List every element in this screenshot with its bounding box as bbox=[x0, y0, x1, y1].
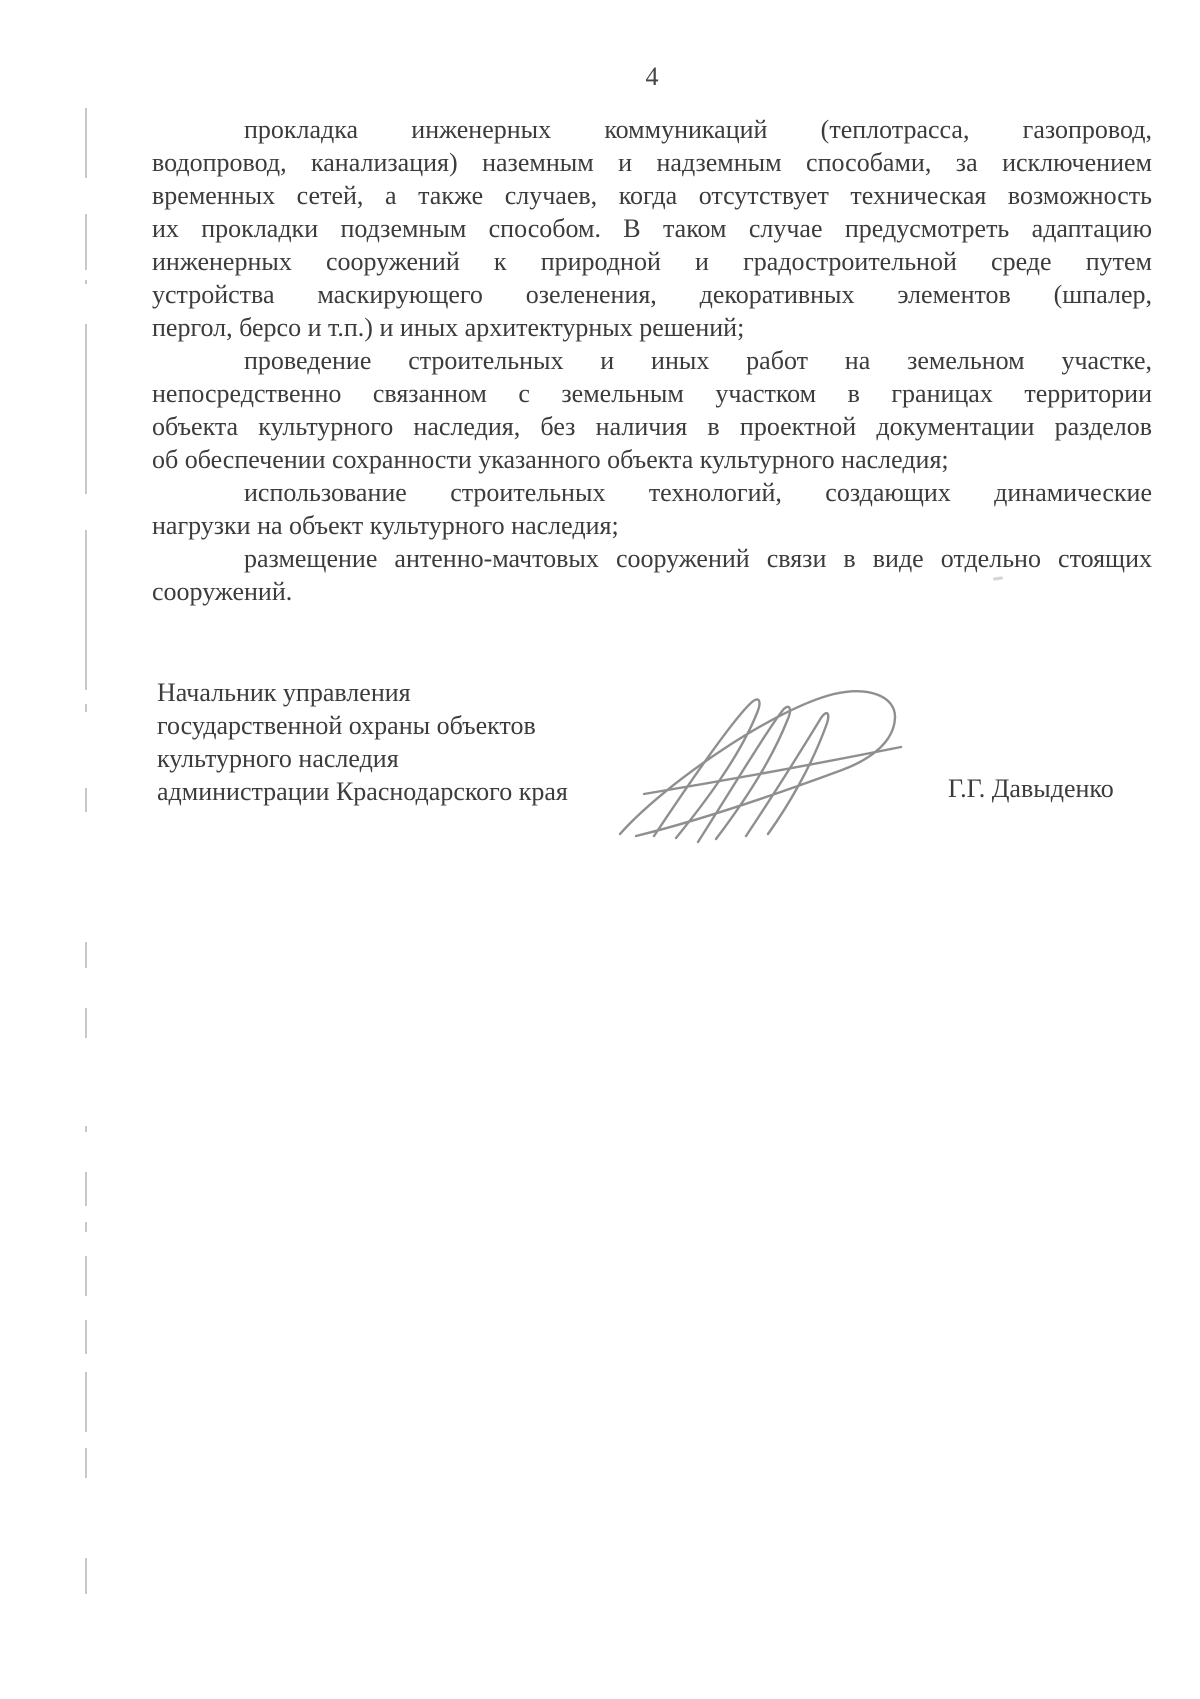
paragraph-line: инженерных сооружений к природной и град… bbox=[152, 245, 1152, 278]
paragraph-line: объекта культурного наследия, без наличи… bbox=[152, 410, 1152, 443]
paragraph-line: сооружений. bbox=[152, 575, 1152, 608]
page-number: 4 bbox=[152, 62, 1152, 92]
document-page: 4 прокладка инженерных коммуникаций (теп… bbox=[0, 0, 1200, 1699]
signatory-title-line: государственной охраны объектов bbox=[157, 709, 717, 742]
scan-artifact-line bbox=[0, 0, 120, 1699]
signatory-name: Г.Г. Давыденко bbox=[948, 772, 1114, 805]
paragraph-line: использование строительных технологий, с… bbox=[152, 476, 1152, 509]
signatory-title-line: Начальник управления bbox=[157, 676, 717, 709]
paragraph-line: устройства маскирующего озеленения, деко… bbox=[152, 278, 1152, 311]
paragraph-line: временных сетей, а также случаев, когда … bbox=[152, 179, 1152, 212]
signatory-title: Начальник управления государственной охр… bbox=[157, 676, 717, 808]
paragraph-line: водопровод, канализация) наземным и надз… bbox=[152, 146, 1152, 179]
paragraph-line: размещение антенно-мачтовых сооружений с… bbox=[152, 542, 1152, 575]
paragraph-line: нагрузки на объект культурного наследия; bbox=[152, 509, 1152, 542]
paragraph-line: прокладка инженерных коммуникаций (тепло… bbox=[152, 113, 1152, 146]
document-body: прокладка инженерных коммуникаций (тепло… bbox=[152, 113, 1152, 608]
signatory-title-line: администрации Краснодарского края bbox=[157, 775, 717, 808]
paragraph-line: об обеспечении сохранности указанного об… bbox=[152, 443, 1152, 476]
signatory-title-line: культурного наследия bbox=[157, 742, 717, 775]
paragraph-line: проведение строительных и иных работ на … bbox=[152, 344, 1152, 377]
paragraph-line: пергол, берсо и т.п.) и иных архитектурн… bbox=[152, 311, 1152, 344]
paragraph-line: непосредственно связанном с земельным уч… bbox=[152, 377, 1152, 410]
paragraph-line: их прокладки подземным способом. В таком… bbox=[152, 212, 1152, 245]
